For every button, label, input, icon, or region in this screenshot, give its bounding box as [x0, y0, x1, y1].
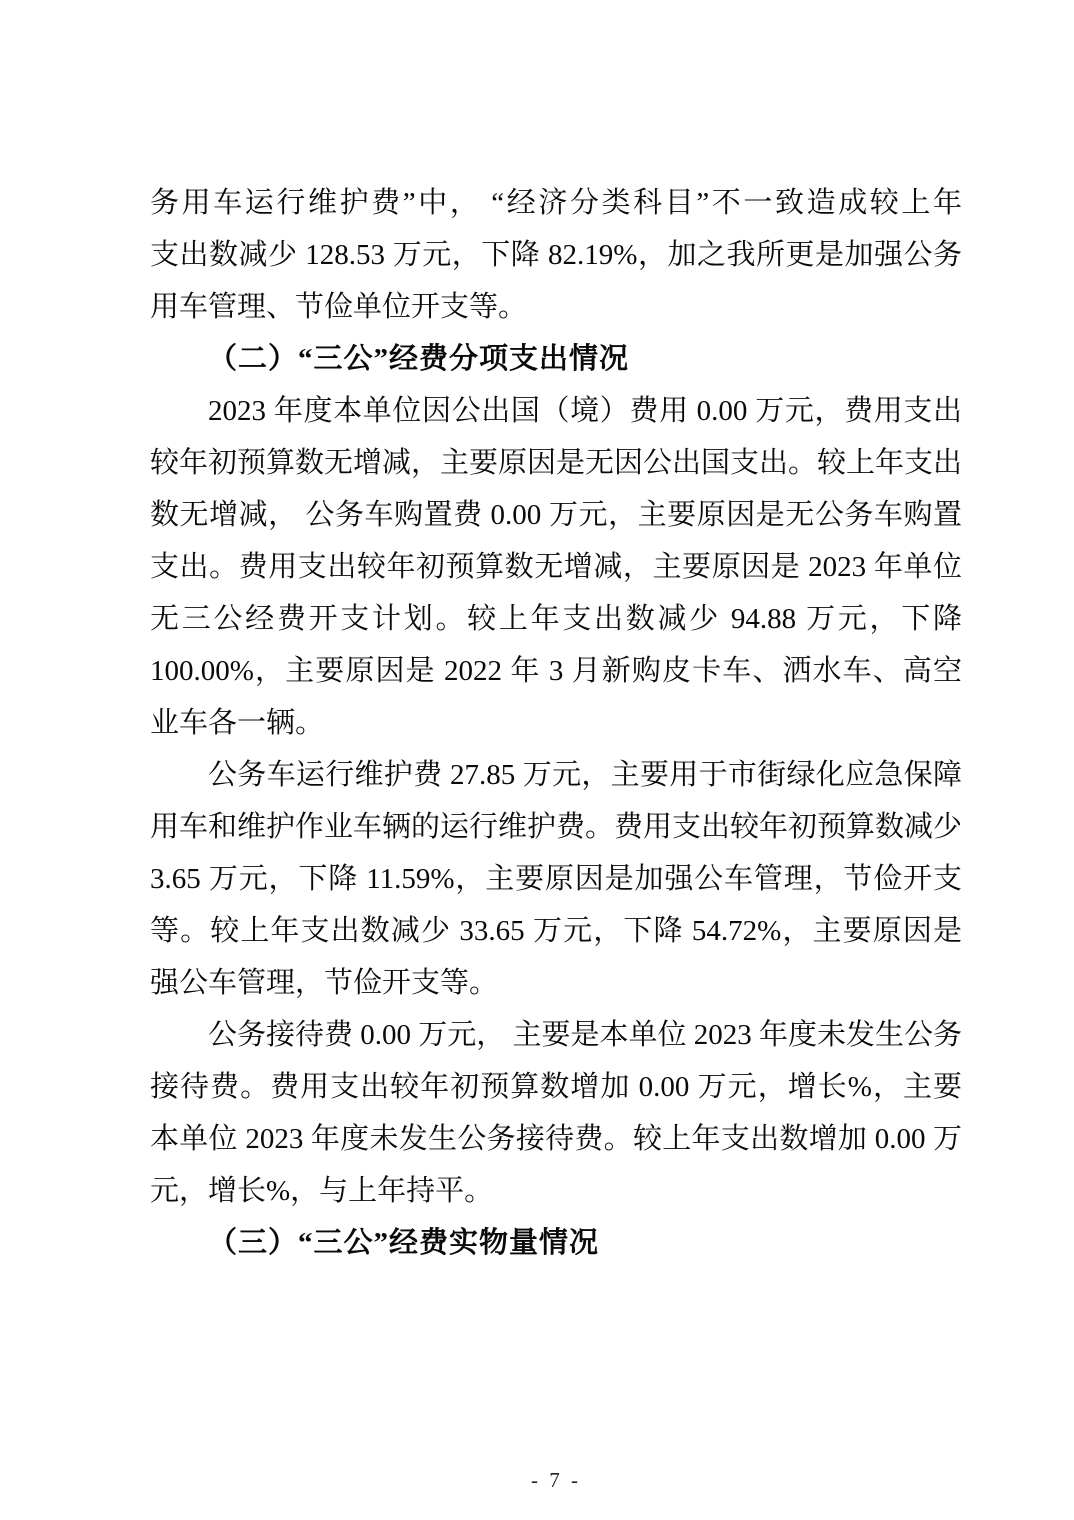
text-line: 务用车运行维护费”中， “经济分类科目”不一致造成较上年: [150, 177, 962, 229]
text-line: 本单位 2023 年度未发生公务接待费。较上年支出数增加 0.00 万: [150, 1113, 962, 1165]
text-line: 无三公经费开支计划。较上年支出数减少 94.88 万元，下降: [150, 593, 962, 645]
page-footer: - 7 -: [150, 1468, 962, 1493]
text-line: 元，增长%，与上年持平。: [150, 1165, 962, 1217]
text-line: 数无增减， 公务车购置费 0.00 万元，主要原因是无公务车购置: [150, 489, 962, 541]
text-line: 用车和维护作业车辆的运行维护费。费用支出较年初预算数减少: [150, 801, 962, 853]
text-line: 强公车管理，节俭开支等。: [150, 957, 962, 1009]
text-line: 支出。费用支出较年初预算数无增减，主要原因是 2023 年单位: [150, 541, 962, 593]
text-line: 等。较上年支出数减少 33.65 万元，下降 54.72%，主要原因是加: [150, 905, 962, 957]
text-line: 接待费。费用支出较年初预算数增加 0.00 万元，增长%，主要是: [150, 1061, 962, 1113]
page-number: - 7 -: [531, 1468, 581, 1492]
text-line: 3.65 万元，下降 11.59%，主要原因是加强公车管理，节俭开支: [150, 853, 962, 905]
text-line: 较年初预算数无增减，主要原因是无因公出国支出。较上年支出: [150, 437, 962, 489]
text-line: 公务接待费 0.00 万元， 主要是本单位 2023 年度未发生公务: [150, 1009, 962, 1061]
section-heading: （三）“三公”经费实物量情况: [150, 1217, 962, 1269]
text-line: 支出数减少 128.53 万元，下降 82.19%，加之我所更是加强公务: [150, 229, 962, 281]
document-page: 务用车运行维护费”中， “经济分类科目”不一致造成较上年支出数减少 128.53…: [0, 0, 1074, 1520]
text-line: 2023 年度本单位因公出国（境）费用 0.00 万元，费用支出: [150, 385, 962, 437]
text-line: 100.00%，主要原因是 2022 年 3 月新购皮卡车、洒水车、高空作: [150, 645, 962, 697]
section-heading: （二）“三公”经费分项支出情况: [150, 333, 962, 385]
text-line: 用车管理、节俭单位开支等。: [150, 281, 962, 333]
text-line: 业车各一辆。: [150, 697, 962, 749]
text-block: 务用车运行维护费”中， “经济分类科目”不一致造成较上年支出数减少 128.53…: [150, 177, 962, 1269]
text-line: 公务车运行维护费 27.85 万元，主要用于市街绿化应急保障: [150, 749, 962, 801]
